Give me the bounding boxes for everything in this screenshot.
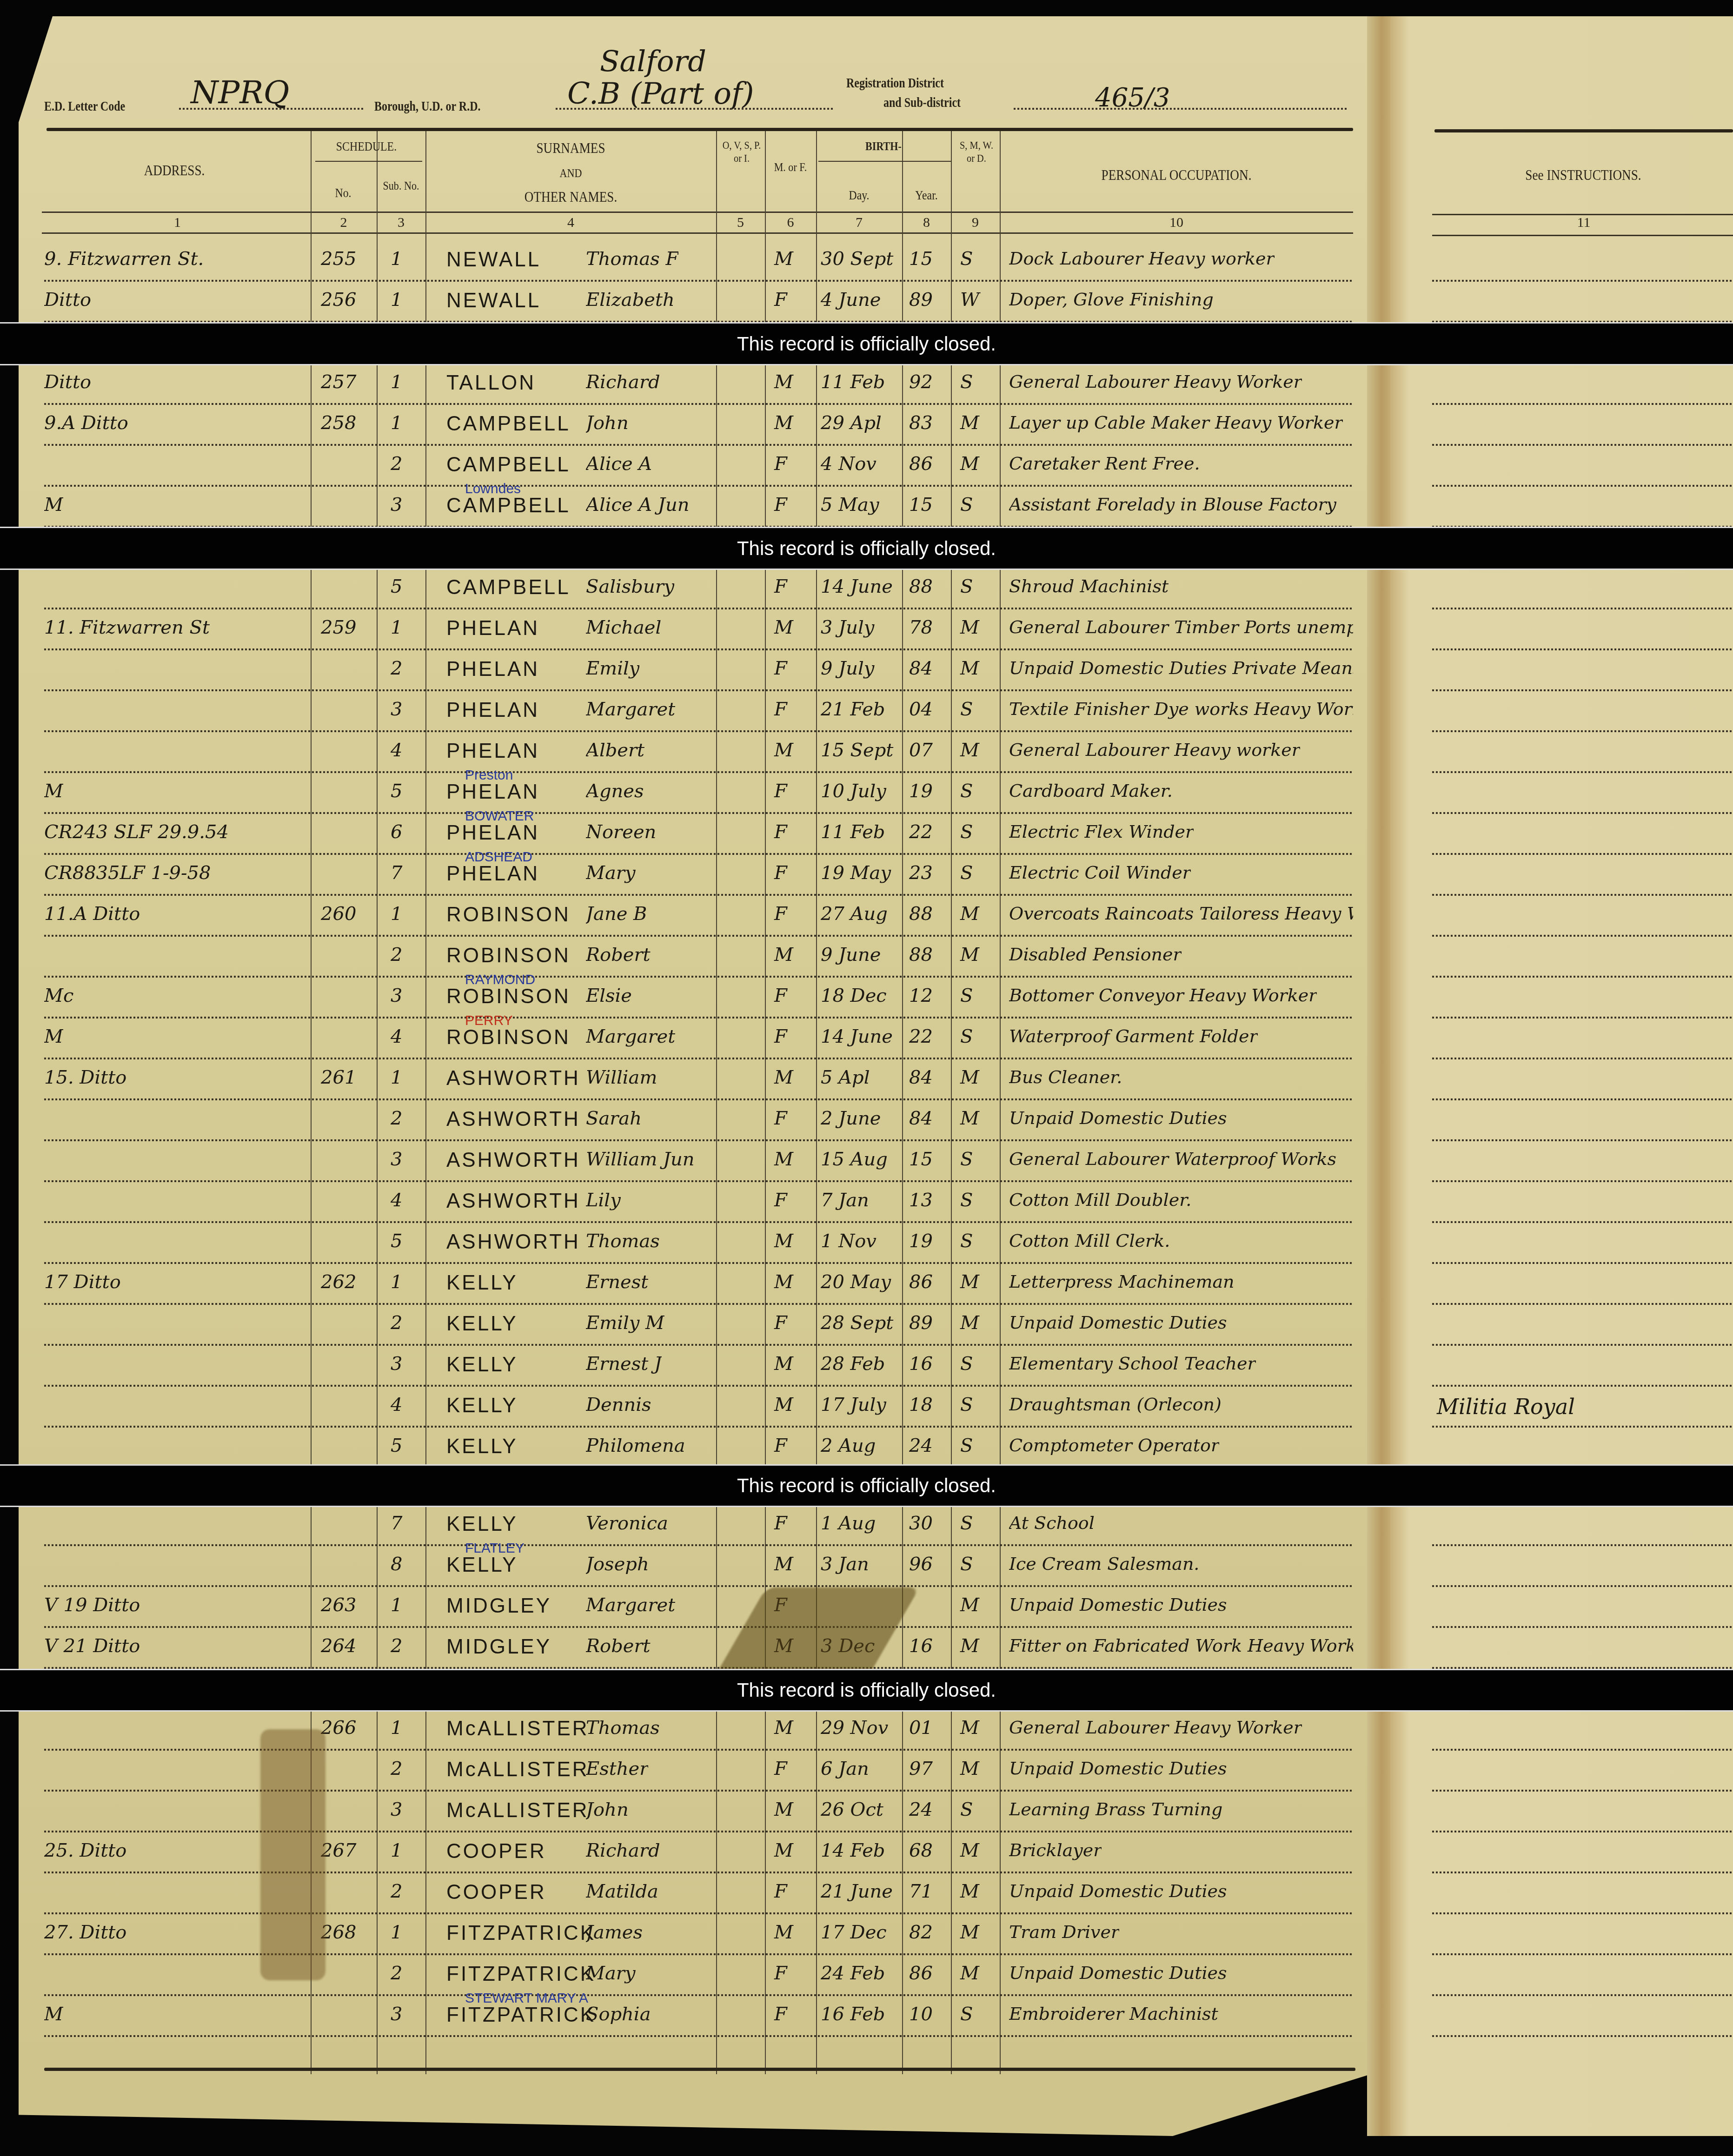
col-head-smwd: S, M, W. or D. xyxy=(957,139,996,165)
registration-label-1: Registration District xyxy=(846,75,944,91)
table-row: 2ROBINSONRobertM9 June88MDisabled Pensio… xyxy=(0,938,1733,979)
marital-condition-cell: M xyxy=(960,1922,979,1943)
row-rule xyxy=(44,1749,1353,1751)
row-rule-right xyxy=(1432,1790,1733,1792)
row-rule-right xyxy=(1432,976,1733,978)
address-cell: 11. Fitzwarren St xyxy=(44,617,210,638)
sex-cell: F xyxy=(774,1963,787,1984)
other-names-cell: Joseph xyxy=(586,1554,649,1575)
row-rule-right xyxy=(1432,1953,1733,1955)
surname-cell: NEWALL xyxy=(446,248,541,271)
surname-cell: MIDGLEY xyxy=(446,1635,551,1659)
occupation-cell: Disabled Pensioner xyxy=(1009,944,1182,965)
closed-record-bar: This record is officially closed. xyxy=(0,1464,1733,1507)
row-rule-right xyxy=(1432,1426,1733,1428)
birth-day-cell: 3 Jan xyxy=(821,1554,869,1575)
sex-cell: M xyxy=(774,1394,793,1415)
birth-year-cell: 86 xyxy=(909,1963,933,1984)
sex-cell: F xyxy=(774,576,787,597)
row-rule-right xyxy=(1432,485,1733,487)
table-row: 2PHELANEmilyF9 July84MUnpaid Domestic Du… xyxy=(0,651,1733,692)
other-names-cell: Margaret xyxy=(586,1026,675,1047)
birth-year-cell: 19 xyxy=(909,1230,933,1252)
row-rule-right xyxy=(1432,1262,1733,1264)
occupation-cell: General Labourer Heavy Worker xyxy=(1009,371,1302,392)
row-rule-right xyxy=(1432,403,1733,405)
sub-no-cell: 2 xyxy=(391,1758,402,1779)
marital-condition-cell: M xyxy=(960,903,979,925)
address-cell: M xyxy=(44,2004,63,2025)
col-head-birth: BIRTH- xyxy=(826,139,941,153)
birth-day-cell: 29 Apl xyxy=(821,412,882,434)
marital-condition-cell: S xyxy=(960,248,973,270)
row-rule xyxy=(44,935,1353,937)
sex-cell: F xyxy=(774,1513,787,1534)
marital-condition-cell: S xyxy=(960,1026,973,1047)
schedule-no-cell: 258 xyxy=(321,412,356,434)
schedule-no-cell: 268 xyxy=(321,1922,356,1943)
sub-no-cell: 2 xyxy=(391,658,402,679)
header-mid-rule xyxy=(42,212,1353,213)
occupation-cell: Letterpress Machineman xyxy=(1009,1271,1235,1292)
sub-no-cell: 2 xyxy=(391,1312,402,1334)
surname-cell: ASHWORTH xyxy=(446,1067,580,1090)
surname-cell: PHELAN xyxy=(446,658,539,681)
other-names-cell: Thomas F xyxy=(586,248,678,270)
surname-cell: KELLY xyxy=(446,1271,518,1295)
surname-cell: ASHWORTH xyxy=(446,1149,580,1172)
schedule-no-cell: 260 xyxy=(321,903,356,925)
birth-year-cell: 10 xyxy=(909,2004,933,2025)
row-rule xyxy=(44,812,1353,814)
header-top-rule-right xyxy=(1434,129,1733,132)
marital-condition-cell: S xyxy=(960,985,973,1006)
other-names-cell: Philomena xyxy=(586,1435,685,1456)
header-bottom-rule-right xyxy=(1432,235,1733,236)
other-names-cell: Elsie xyxy=(586,985,632,1006)
sub-no-cell: 4 xyxy=(391,740,402,761)
sub-no-cell: 5 xyxy=(391,780,402,802)
closed-record-bar: This record is officially closed. xyxy=(0,322,1733,365)
schedule-no-cell: 261 xyxy=(321,1067,356,1088)
sub-no-cell: 5 xyxy=(391,576,402,597)
column-number: 1 xyxy=(44,215,311,231)
marital-condition-cell: S xyxy=(960,1435,973,1456)
birth-day-cell: 28 Sept xyxy=(821,1312,893,1334)
occupation-cell: General Labourer Heavy Worker xyxy=(1009,1717,1302,1738)
ed-letter-code-label: E.D. Letter Code xyxy=(44,99,125,114)
birth-year-cell: 15 xyxy=(909,1149,933,1170)
birth-year-cell: 86 xyxy=(909,1271,933,1293)
row-rule xyxy=(44,444,1353,446)
table-row: CR8835LF 1-9-587PHELANMaryF19 May23SElec… xyxy=(0,856,1733,897)
marital-condition-cell: M xyxy=(960,1594,979,1616)
birth-day-cell: 15 Sept xyxy=(821,740,893,761)
sub-no-cell: 3 xyxy=(391,699,402,720)
header-bottom-rule xyxy=(42,232,1353,234)
other-names-cell: Robert xyxy=(586,944,651,966)
table-row: 2ASHWORTHSarahF2 June84MUnpaid Domestic … xyxy=(0,1101,1733,1142)
other-names-cell: Michael xyxy=(586,617,661,638)
row-rule xyxy=(44,1953,1353,1955)
sub-no-cell: 2 xyxy=(391,453,402,475)
row-rule xyxy=(44,894,1353,896)
address-cell: CR8835LF 1-9-58 xyxy=(44,862,211,884)
column-number: 10 xyxy=(1000,215,1353,231)
row-rule xyxy=(44,608,1353,609)
sub-no-cell: 1 xyxy=(391,1067,402,1088)
marital-condition-cell: M xyxy=(960,1881,979,1902)
column-number: 2 xyxy=(311,215,377,231)
row-rule-right xyxy=(1432,1544,1733,1546)
row-rule xyxy=(44,1912,1353,1914)
sex-cell: M xyxy=(774,1230,793,1252)
sex-cell: M xyxy=(774,1149,793,1170)
surname-cell: TALLON xyxy=(446,371,536,395)
occupation-cell: Cotton Mill Clerk. xyxy=(1009,1230,1170,1251)
sex-cell: M xyxy=(774,740,793,761)
row-rule-right xyxy=(1432,730,1733,732)
marital-condition-cell: S xyxy=(960,862,973,884)
birth-day-cell: 4 June xyxy=(821,289,881,311)
birth-year-cell: 84 xyxy=(909,658,933,679)
schedule-no-cell: 263 xyxy=(321,1594,356,1616)
other-names-cell: John xyxy=(586,1799,629,1820)
sex-cell: M xyxy=(774,617,793,638)
birth-day-cell: 1 Aug xyxy=(821,1513,876,1534)
row-rule-right xyxy=(1432,2035,1733,2037)
occupation-cell: At School xyxy=(1009,1513,1095,1533)
sub-no-cell: 2 xyxy=(391,1635,402,1657)
surname-annotation: RAYMOND xyxy=(465,972,535,988)
birth-day-cell: 16 Feb xyxy=(821,2004,885,2025)
occupation-cell: Ice Cream Salesman. xyxy=(1009,1554,1199,1574)
row-rule-right xyxy=(1432,1344,1733,1346)
other-names-cell: William xyxy=(586,1067,657,1088)
row-rule xyxy=(44,976,1353,978)
sub-no-cell: 1 xyxy=(391,371,402,393)
marital-condition-cell: M xyxy=(960,944,979,966)
occupation-cell: Unpaid Domestic Duties xyxy=(1009,1881,1227,1901)
row-rule xyxy=(44,485,1353,487)
instructions-cell: Militia Royal xyxy=(1437,1394,1575,1419)
marital-condition-cell: M xyxy=(960,1271,979,1293)
birth-year-cell: 16 xyxy=(909,1635,933,1657)
table-row: M4ROBINSONMargaretF14 June22SWaterproof … xyxy=(0,1019,1733,1060)
row-rule xyxy=(44,689,1353,691)
occupation-cell: Unpaid Domestic Duties xyxy=(1009,1108,1227,1128)
other-names-cell: Ernest xyxy=(586,1271,648,1293)
surname-cell: CAMPBELL xyxy=(446,453,571,476)
sex-cell: F xyxy=(774,1758,787,1779)
birth-day-cell: 17 July xyxy=(821,1394,886,1415)
sub-no-cell: 5 xyxy=(391,1435,402,1456)
address-cell: CR243 SLF 29.9.54 xyxy=(44,821,229,843)
occupation-cell: Draughtsman (Orlecon) xyxy=(1009,1394,1222,1415)
birth-day-cell: 9 June xyxy=(821,944,881,966)
row-rule-right xyxy=(1432,608,1733,609)
birth-year-cell: 24 xyxy=(909,1435,933,1456)
marital-condition-cell: S xyxy=(960,576,973,597)
other-names-cell: Emily M xyxy=(586,1312,664,1334)
closed-record-text: This record is officially closed. xyxy=(737,1475,996,1497)
row-rule-right xyxy=(1432,1585,1733,1587)
address-cell: M xyxy=(44,1026,63,1047)
marital-condition-cell: S xyxy=(960,699,973,720)
col-head-mf: M. or F. xyxy=(771,160,810,174)
row-rule xyxy=(44,1872,1353,1873)
other-names-cell: Thomas xyxy=(586,1717,660,1739)
sex-cell: M xyxy=(774,1271,793,1293)
other-names-cell: Salisbury xyxy=(586,576,674,597)
row-rule-right xyxy=(1432,1831,1733,1832)
row-rule-right xyxy=(1432,689,1733,691)
schedule-no-cell: 262 xyxy=(321,1271,356,1293)
surname-cell: MIDGLEY xyxy=(446,1594,551,1618)
other-names-cell: Mary xyxy=(586,1963,636,1984)
birth-year-cell: 88 xyxy=(909,944,933,966)
row-rule-right xyxy=(1432,1139,1733,1141)
occupation-cell: Electric Flex Winder xyxy=(1009,821,1194,842)
col-head-day: Day. xyxy=(823,188,896,203)
other-names-cell: Robert xyxy=(586,1635,651,1657)
birth-day-cell: 11 Feb xyxy=(821,821,885,843)
closed-record-text: This record is officially closed. xyxy=(737,537,996,560)
birth-year-cell: 71 xyxy=(909,1881,933,1902)
schedule-no-cell: 267 xyxy=(321,1840,356,1861)
birth-year-cell: 83 xyxy=(909,412,933,434)
occupation-cell: General Labourer Timber Ports unemployed xyxy=(1009,617,1353,637)
table-row: 9.A Ditto2581CAMPBELLJohnM29 Apl83MLayer… xyxy=(0,406,1733,447)
header-top-rule xyxy=(46,128,1353,131)
address-cell: 9. Fitzwarren St. xyxy=(44,248,204,270)
surname-cell: FITZPATRICK xyxy=(446,2004,596,2027)
ed-code-dotted-line xyxy=(179,108,365,110)
table-row: 9. Fitzwarren St.2551NEWALLThomas FM30 S… xyxy=(0,242,1733,283)
sex-cell: M xyxy=(774,944,793,966)
column-number: 6 xyxy=(765,215,816,231)
col-head-occupation: PERSONAL OCCUPATION. xyxy=(1028,166,1325,184)
row-rule xyxy=(44,1058,1353,1059)
other-names-cell: Richard xyxy=(586,371,660,393)
birth-day-cell: 21 Feb xyxy=(821,699,885,720)
row-rule-right xyxy=(1432,1058,1733,1059)
sub-no-cell: 5 xyxy=(391,1230,402,1252)
table-row: 4PHELANAlbertM15 Sept07MGeneral Labourer… xyxy=(0,733,1733,774)
birth-year-cell: 19 xyxy=(909,780,933,802)
borough-dotted-line xyxy=(556,108,835,110)
surname-cell: ROBINSON xyxy=(446,1026,571,1049)
other-names-cell: Margaret xyxy=(586,699,675,720)
address-cell: Ditto xyxy=(44,371,91,393)
row-rule xyxy=(44,1544,1353,1546)
column-number: 3 xyxy=(377,215,425,231)
tape-stain-lower xyxy=(260,1729,325,1980)
row-rule xyxy=(44,403,1353,405)
occupation-cell: Caretaker Rent Free. xyxy=(1009,453,1200,474)
birth-day-cell: 10 July xyxy=(821,780,886,802)
row-rule-right xyxy=(1432,1017,1733,1018)
birth-day-cell: 14 Feb xyxy=(821,1840,885,1861)
row-rule-right xyxy=(1432,1180,1733,1182)
birth-day-cell: 27 Aug xyxy=(821,903,888,925)
row-rule-right xyxy=(1432,935,1733,937)
address-cell: V 21 Ditto xyxy=(44,1635,140,1657)
row-rule xyxy=(44,1017,1353,1018)
surname-cell: ASHWORTH xyxy=(446,1108,580,1131)
surname-annotation: Lowndes xyxy=(465,481,521,497)
sex-cell: F xyxy=(774,453,787,475)
marital-condition-cell: S xyxy=(960,1230,973,1252)
surname-cell: COOPER xyxy=(446,1840,546,1863)
marital-condition-cell: S xyxy=(960,2004,973,2025)
marital-condition-cell: M xyxy=(960,658,979,679)
sex-cell: M xyxy=(774,248,793,270)
row-rule xyxy=(44,1831,1353,1832)
table-bottom-rule xyxy=(44,2068,1355,2071)
birth-year-cell: 12 xyxy=(909,985,933,1006)
sub-no-cell: 7 xyxy=(391,862,402,884)
occupation-cell: Unpaid Domestic Duties Private Means xyxy=(1009,658,1353,678)
table-row: 5KELLYPhilomenaF2 Aug24SComptometer Oper… xyxy=(0,1429,1733,1469)
row-rule xyxy=(44,1180,1353,1182)
row-rule-right xyxy=(1432,853,1733,855)
row-rule xyxy=(44,1385,1353,1387)
birth-year-cell: 16 xyxy=(909,1353,933,1375)
address-cell: M xyxy=(44,494,63,516)
schedule-no-cell: 259 xyxy=(321,617,356,638)
birth-day-cell: 20 May xyxy=(821,1271,891,1293)
birth-year-cell: 07 xyxy=(909,740,933,761)
sex-cell: F xyxy=(774,2004,787,2025)
marital-condition-cell: M xyxy=(960,1067,979,1088)
sex-cell: F xyxy=(774,1312,787,1334)
sex-cell: F xyxy=(774,699,787,720)
col-head-ovspi: O, V, S, P. or I. xyxy=(722,139,762,165)
occupation-cell: Fitter on Fabricated Work Heavy Worker xyxy=(1009,1635,1353,1656)
schedule-no-cell: 257 xyxy=(321,371,356,393)
address-cell: Mc xyxy=(44,985,73,1006)
row-rule xyxy=(44,1262,1353,1264)
column-number: 9 xyxy=(951,215,1000,231)
sub-no-cell: 1 xyxy=(391,1594,402,1616)
other-names-cell: John xyxy=(586,412,629,434)
table-row: 17 Ditto2621KELLYErnestM20 May86MLetterp… xyxy=(0,1265,1733,1306)
other-names-cell: Alice A xyxy=(586,453,652,475)
table-row: 15. Ditto2611ASHWORTHWilliamM5 Apl84MBus… xyxy=(0,1060,1733,1101)
row-rule xyxy=(44,1585,1353,1587)
row-rule xyxy=(44,1221,1353,1223)
other-names-cell: William Jun xyxy=(586,1149,695,1170)
col-head-schedule: SCHEDULE. xyxy=(319,139,414,154)
marital-condition-cell: M xyxy=(960,617,979,638)
other-names-cell: Albert xyxy=(586,740,644,761)
sub-no-cell: 1 xyxy=(391,412,402,434)
surname-cell: COOPER xyxy=(446,1881,546,1904)
surname-cell: McALLISTER xyxy=(446,1758,589,1781)
birth-year-cell: 89 xyxy=(909,1312,933,1334)
sex-cell: M xyxy=(774,1717,793,1739)
birth-day-cell: 28 Feb xyxy=(821,1353,885,1375)
table-row: Ditto2561NEWALLElizabethF4 June89WDoper,… xyxy=(0,283,1733,324)
surname-cell: FITZPATRICK xyxy=(446,1922,596,1945)
sex-cell: M xyxy=(774,1922,793,1943)
birth-day-cell: 30 Sept xyxy=(821,248,893,270)
birth-day-cell: 6 Jan xyxy=(821,1758,869,1779)
table-row: 3PHELANMargaretF21 Feb04STextile Finishe… xyxy=(0,692,1733,733)
birth-day-cell: 17 Dec xyxy=(821,1922,887,1943)
birth-year-cell: 89 xyxy=(909,289,933,311)
sub-no-cell: 3 xyxy=(391,1149,402,1170)
sub-no-cell: 6 xyxy=(391,821,402,843)
sex-cell: F xyxy=(774,494,787,516)
sub-no-cell: 1 xyxy=(391,1840,402,1861)
occupation-cell: Overcoats Raincoats Tailoress Heavy Work… xyxy=(1009,903,1353,924)
marital-condition-cell: M xyxy=(960,1717,979,1739)
surname-cell: PHELAN xyxy=(446,862,539,886)
birth-year-cell: 04 xyxy=(909,699,933,720)
occupation-cell: Unpaid Domestic Duties xyxy=(1009,1312,1227,1333)
sex-cell: F xyxy=(774,1435,787,1456)
birth-year-cell: 22 xyxy=(909,1026,933,1047)
row-rule-right xyxy=(1432,1221,1733,1223)
surname-cell: CAMPBELL xyxy=(446,412,571,436)
sex-cell: F xyxy=(774,862,787,884)
birth-year-cell: 97 xyxy=(909,1758,933,1779)
birth-day-cell: 1 Nov xyxy=(821,1230,876,1252)
surname-cell: PHELAN xyxy=(446,780,539,804)
row-rule-right xyxy=(1432,444,1733,446)
sub-no-cell: 1 xyxy=(391,289,402,311)
birth-year-cell: 68 xyxy=(909,1840,933,1861)
surname-cell: KELLY xyxy=(446,1435,518,1458)
sex-cell: M xyxy=(774,1799,793,1820)
surname-annotation: Preston xyxy=(465,767,513,783)
sex-cell: M xyxy=(774,1353,793,1375)
birth-year-cell: 82 xyxy=(909,1922,933,1943)
marital-condition-cell: S xyxy=(960,821,973,843)
occupation-cell: Layer up Cable Maker Heavy Worker xyxy=(1009,412,1343,433)
column-number: 8 xyxy=(902,215,951,231)
surname-cell: KELLY xyxy=(446,1513,518,1536)
sex-cell: F xyxy=(774,1108,787,1129)
sub-no-cell: 1 xyxy=(391,903,402,925)
sub-no-cell: 1 xyxy=(391,1922,402,1943)
marital-condition-cell: S xyxy=(960,1513,973,1534)
sex-cell: F xyxy=(774,658,787,679)
other-names-cell: Ernest J xyxy=(586,1353,662,1375)
table-row: M3FITZPATRICKSophiaF16 Feb10SEmbroiderer… xyxy=(0,1997,1733,2038)
address-cell: 25. Ditto xyxy=(44,1840,126,1861)
row-rule-right xyxy=(1432,1994,1733,1996)
closed-record-bar: This record is officially closed. xyxy=(0,1669,1733,1712)
other-names-cell: Richard xyxy=(586,1840,660,1861)
sub-no-cell: 1 xyxy=(391,248,402,270)
row-rule xyxy=(44,1626,1353,1628)
table-row: Ditto2571TALLONRichardM11 Feb92SGeneral … xyxy=(0,365,1733,406)
table-row: 2KELLYEmily MF28 Sept89MUnpaid Domestic … xyxy=(0,1306,1733,1347)
other-names-cell: James xyxy=(586,1922,643,1943)
occupation-cell: Unpaid Domestic Duties xyxy=(1009,1963,1227,1983)
other-names-cell: Elizabeth xyxy=(586,289,675,311)
sub-no-cell: 2 xyxy=(391,944,402,966)
birth-day-cell: 15 Aug xyxy=(821,1149,888,1170)
other-names-cell: Dennis xyxy=(586,1394,651,1415)
birth-day-cell: 19 May xyxy=(821,862,891,884)
table-row: 5CAMPBELLSalisburyF14 June88SShroud Mach… xyxy=(0,569,1733,610)
sex-cell: M xyxy=(774,1067,793,1088)
occupation-cell: Embroiderer Machinist xyxy=(1009,2004,1218,2024)
